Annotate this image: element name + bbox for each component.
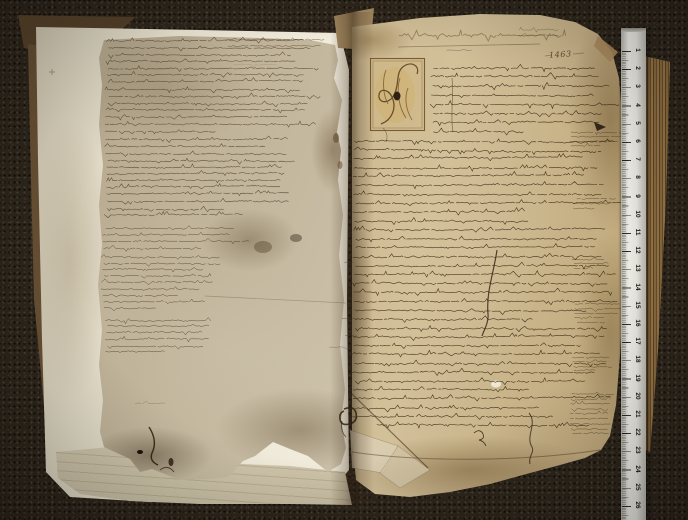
ruler-number: 6 bbox=[633, 135, 641, 147]
ruler-number: 3 bbox=[633, 80, 641, 92]
ruler-number: 22 bbox=[633, 426, 641, 438]
ruler-number: 2 bbox=[633, 62, 641, 74]
ruler-number: 14 bbox=[633, 281, 641, 293]
decorated-initial bbox=[371, 59, 425, 143]
ruler-number: 25 bbox=[633, 481, 641, 493]
gutter-shadow bbox=[330, 12, 374, 508]
ruler-number: 21 bbox=[633, 408, 641, 420]
ruler-number: 15 bbox=[633, 299, 641, 311]
manuscript-photo: 1463 12345678910111213141516171819202122… bbox=[0, 0, 688, 520]
ruler-number: 9 bbox=[633, 190, 641, 202]
ruler-ticks bbox=[622, 51, 632, 520]
ruler-number: 12 bbox=[633, 244, 641, 256]
ruler-number: 1 bbox=[633, 44, 641, 56]
ruler-number: 11 bbox=[633, 226, 641, 238]
ruler-number: 10 bbox=[633, 208, 641, 220]
ruler-number: 4 bbox=[633, 99, 641, 111]
ruler-number: 23 bbox=[633, 444, 641, 456]
ruler-number: 8 bbox=[633, 171, 641, 183]
ruler-number: 13 bbox=[633, 262, 641, 274]
ruler-number: 16 bbox=[633, 317, 641, 329]
folio-number-annotation: 1463 bbox=[549, 49, 572, 60]
ruler-number: 26 bbox=[633, 499, 641, 511]
ruler-number: 20 bbox=[633, 390, 641, 402]
ruler: 1234567891011121314151617181920212223242… bbox=[621, 28, 646, 520]
ruler-number: 5 bbox=[633, 117, 641, 129]
ruler-number: 19 bbox=[633, 372, 641, 384]
ruler-number: 7 bbox=[633, 153, 641, 165]
ruler-number: 18 bbox=[633, 353, 641, 365]
ruler-number: 17 bbox=[633, 335, 641, 347]
ruler-number: 24 bbox=[633, 463, 641, 475]
